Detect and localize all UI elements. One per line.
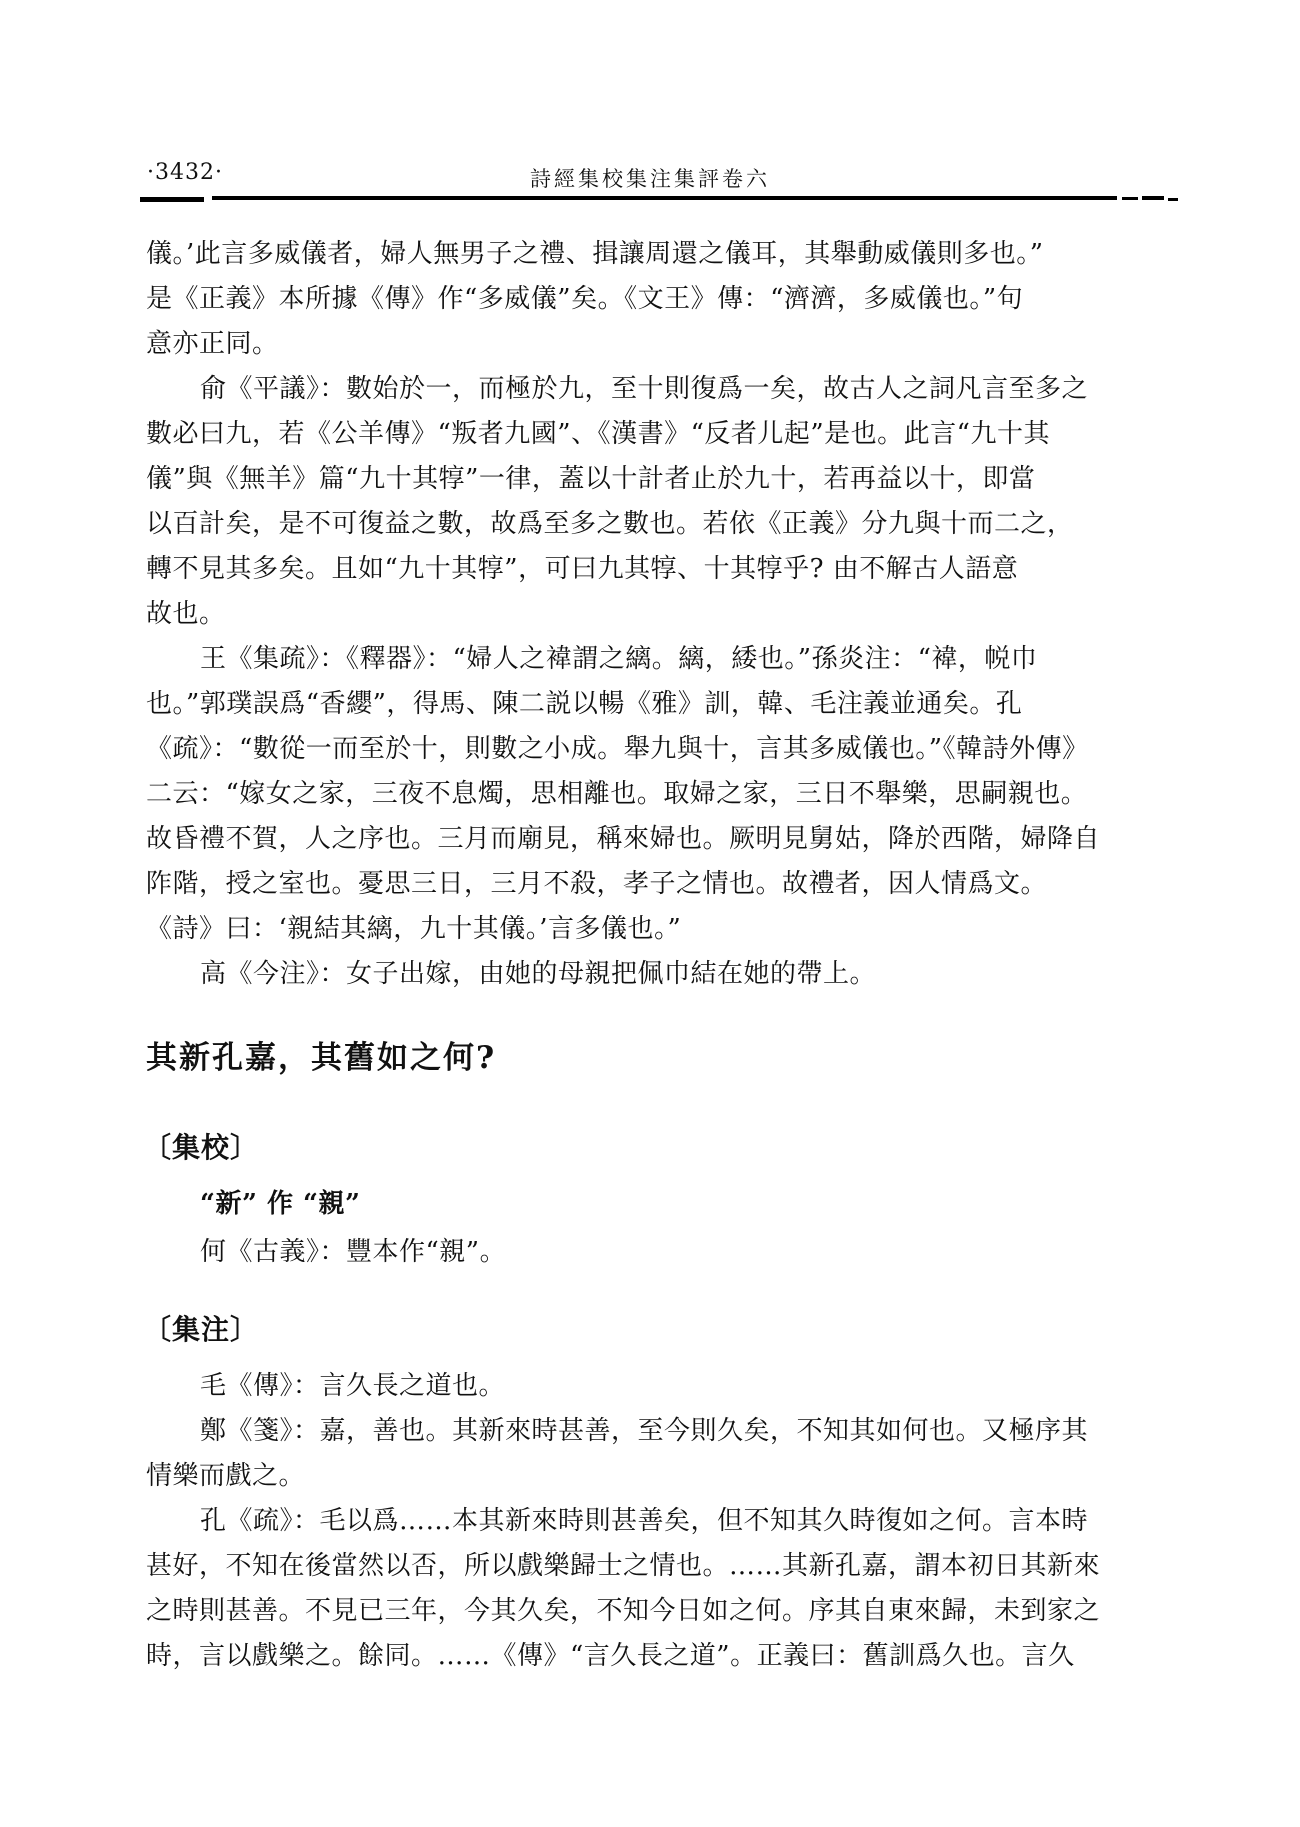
text-line: 數必曰九，若《公羊傳》“叛者九國”、《漢書》“反者儿起”是也。此言“九十其 <box>146 412 1158 457</box>
text-line: 甚好，不知在後當然以否，所以戲樂歸士之情也。……其新孔嘉，謂本初日其新來 <box>146 1544 1158 1589</box>
text-line: 《疏》：“數從一而至於十，則數之小成。舉九與十，言其多威儀也。”《韓詩外傳》 <box>146 727 1158 772</box>
text-line: 王《集疏》：《釋器》：“婦人之褘謂之縭。縭，緌也。”孫炎注：“褘，帨巾 <box>146 637 1158 682</box>
text-line: 俞《平議》：數始於一，而極於九，至十則復爲一矣，故古人之詞凡言至多之 <box>146 367 1158 412</box>
text-line: 高《今注》：女子出嫁，由她的母親把佩巾結在她的帶上。 <box>146 952 1158 997</box>
text-line: 何《古義》：豐本作“親”。 <box>146 1228 1158 1276</box>
text-line: 是《正義》本所據《傳》作“多威儀”矣。《文王》傳：“濟濟，多威儀也。”句 <box>146 277 1158 322</box>
header-rule-segment <box>212 196 1117 200</box>
text-line: “新” 作 “親” <box>146 1180 1158 1228</box>
jizhu-block: 毛《傳》：言久長之道也。 鄭《箋》：嘉，善也。其新來時甚善，至今則久矣，不知其如… <box>146 1364 1158 1679</box>
text-line: 情樂而戲之。 <box>146 1454 1158 1499</box>
scanned-book-page: ·3432· 詩經集校集注集評卷六 儀。’此言多威儀者，婦人無男子之禮、揖讓周還… <box>0 0 1300 1827</box>
text-line: 鄭《箋》：嘉，善也。其新來時甚善，至今則久矣，不知其如何也。又極序其 <box>146 1409 1158 1454</box>
text-line: 阼階，授之室也。憂思三日，三月不殺，孝子之情也。故禮者，因人情爲文。 <box>146 862 1158 907</box>
header-rule-segment <box>140 197 204 202</box>
text-line: 轉不見其多矣。且如“九十其犉”，可曰九其犉、十其犉乎? 由不解古人語意 <box>146 547 1158 592</box>
text-line: 意亦正同。 <box>146 322 1158 367</box>
text-line: 《詩》曰：‘親結其縭，九十其儀。’言多儀也。” <box>146 907 1158 952</box>
text-line: 孔《疏》：毛以爲……本其新來時則甚善矣，但不知其久時復如之何。言本時 <box>146 1499 1158 1544</box>
header-rule-segment <box>1122 197 1138 200</box>
verse-heading: 其新孔嘉，其舊如之何? <box>146 1032 496 1077</box>
text-line: 故昏禮不賀，人之序也。三月而廟見，稱來婦也。厥明見舅姑，降於西階，婦降自 <box>146 817 1158 862</box>
text-line: 儀。’此言多威儀者，婦人無男子之禮、揖讓周還之儀耳，其舉動威儀則多也。” <box>146 232 1158 277</box>
text-line: 儀”與《無羊》篇“九十其犉”一律，蓋以十計者止於九十，若再益以十，即當 <box>146 457 1158 502</box>
text-line: 毛《傳》：言久長之道也。 <box>146 1364 1158 1409</box>
text-line: 之時則甚善。不見已三年，今其久矣，不知今日如之何。序其自東來歸，未到家之 <box>146 1589 1158 1634</box>
text-line: 時，言以戲樂之。餘同。……《傳》“言久長之道”。正義曰：舊訓爲久也。言久 <box>146 1634 1158 1679</box>
header-rule-segment <box>1142 196 1164 200</box>
running-title: 詩經集校集注集評卷六 <box>0 163 1300 193</box>
text-line: 以百計矣，是不可復益之數，故爲至多之數也。若依《正義》分九與十而二之， <box>146 502 1158 547</box>
section-label-jixiao: 〔集校〕 <box>143 1126 259 1166</box>
text-line: 故也。 <box>146 592 1158 637</box>
text-line: 也。”郭璞誤爲“香纓”，得馬、陳二説以暢《雅》訓，韓、毛注義並通矣。孔 <box>146 682 1158 727</box>
commentary-block: 儀。’此言多威儀者，婦人無男子之禮、揖讓周還之儀耳，其舉動威儀則多也。” 是《正… <box>146 232 1158 997</box>
header-rule-segment <box>1168 198 1178 201</box>
section-label-jizhu: 〔集注〕 <box>143 1308 259 1348</box>
text-line: 二云：“嫁女之家，三夜不息燭，思相離也。取婦之家，三日不舉樂，思嗣親也。 <box>146 772 1158 817</box>
jixiao-block: “新” 作 “親” 何《古義》：豐本作“親”。 <box>146 1180 1158 1276</box>
